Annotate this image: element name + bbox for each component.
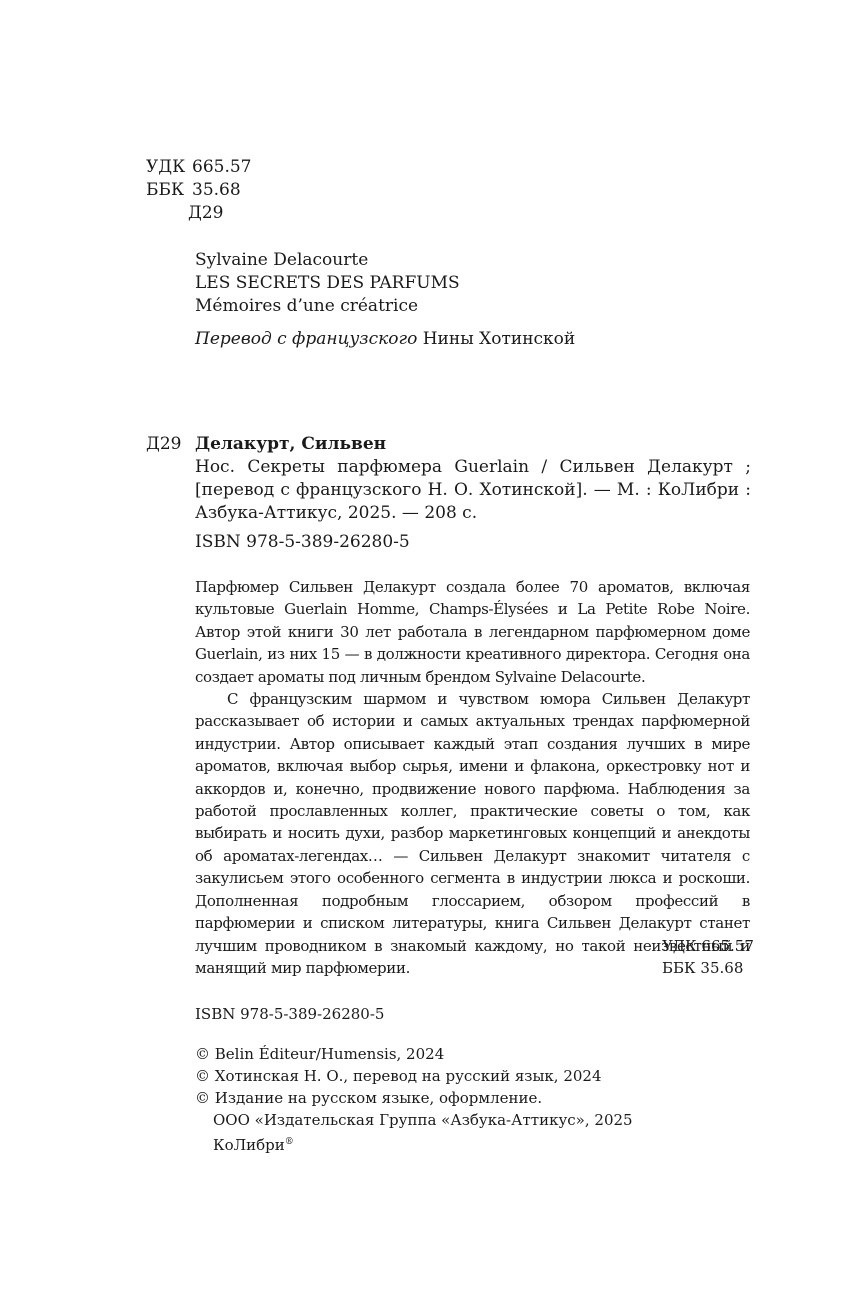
registered-mark: ® bbox=[285, 1137, 294, 1147]
imprint-line: КоЛибри® bbox=[195, 1131, 633, 1156]
original-author: Sylvaine Delacourte bbox=[195, 249, 460, 272]
publisher-line: ООО «Издательская Группа «Азбука-Аттикус… bbox=[195, 1109, 633, 1131]
translation-prefix: Перевод с французского bbox=[195, 329, 417, 349]
translator-name: Нины Хотинской bbox=[417, 329, 575, 349]
copyright-line: © Хотинская Н. О., перевод на русский яз… bbox=[195, 1065, 633, 1087]
annotation-paragraph: Парфюмер Сильвен Делакурт создала более … bbox=[195, 576, 750, 688]
imprint-name: КоЛибри bbox=[213, 1136, 285, 1154]
copyright-line: © Издание на русском языке, оформление. bbox=[195, 1087, 633, 1109]
copyright-line: © Belin Éditeur/Humensis, 2024 bbox=[195, 1043, 633, 1065]
udk-label: УДК bbox=[146, 156, 192, 179]
bbk-row: ББК 35.68 bbox=[146, 179, 251, 202]
classification-top: УДК 665.57 ББК 35.68 Д29 bbox=[146, 156, 251, 225]
annotation: Парфюмер Сильвен Делакурт создала более … bbox=[195, 576, 750, 979]
original-title: LES SECRETS DES PARFUMS bbox=[195, 272, 460, 295]
udk-value: 665.57 bbox=[192, 156, 251, 179]
catalog-author: Делакурт, Сильвен bbox=[195, 433, 751, 456]
catalog-isbn: ISBN 978-5-389-26280-5 bbox=[195, 531, 751, 554]
original-edition: Sylvaine Delacourte LES SECRETS DES PARF… bbox=[195, 249, 460, 318]
translator-credit: Перевод с французского Нины Хотинской bbox=[195, 328, 575, 351]
bbk-value: 35.68 bbox=[192, 179, 241, 202]
classification-bottom: УДК 665.57 ББК 35.68 bbox=[662, 935, 754, 979]
catalog-card: Делакурт, Сильвен Нос. Секреты парфюмера… bbox=[195, 433, 751, 554]
copyright-block: © Belin Éditeur/Humensis, 2024 © Хотинск… bbox=[195, 1043, 633, 1156]
bbk-label: ББК bbox=[146, 179, 192, 202]
footer-isbn: ISBN 978-5-389-26280-5 bbox=[195, 1003, 384, 1025]
udk-bottom: УДК 665.57 bbox=[662, 935, 754, 957]
catalog-code: Д29 bbox=[146, 433, 181, 456]
bbk-bottom: ББК 35.68 bbox=[662, 957, 754, 979]
author-mark: Д29 bbox=[146, 202, 251, 225]
catalog-description: Нос. Секреты парфюмера Guerlain / Сильве… bbox=[195, 456, 751, 525]
original-subtitle: Mémoires d’une créatrice bbox=[195, 295, 460, 318]
udk-row: УДК 665.57 bbox=[146, 156, 251, 179]
